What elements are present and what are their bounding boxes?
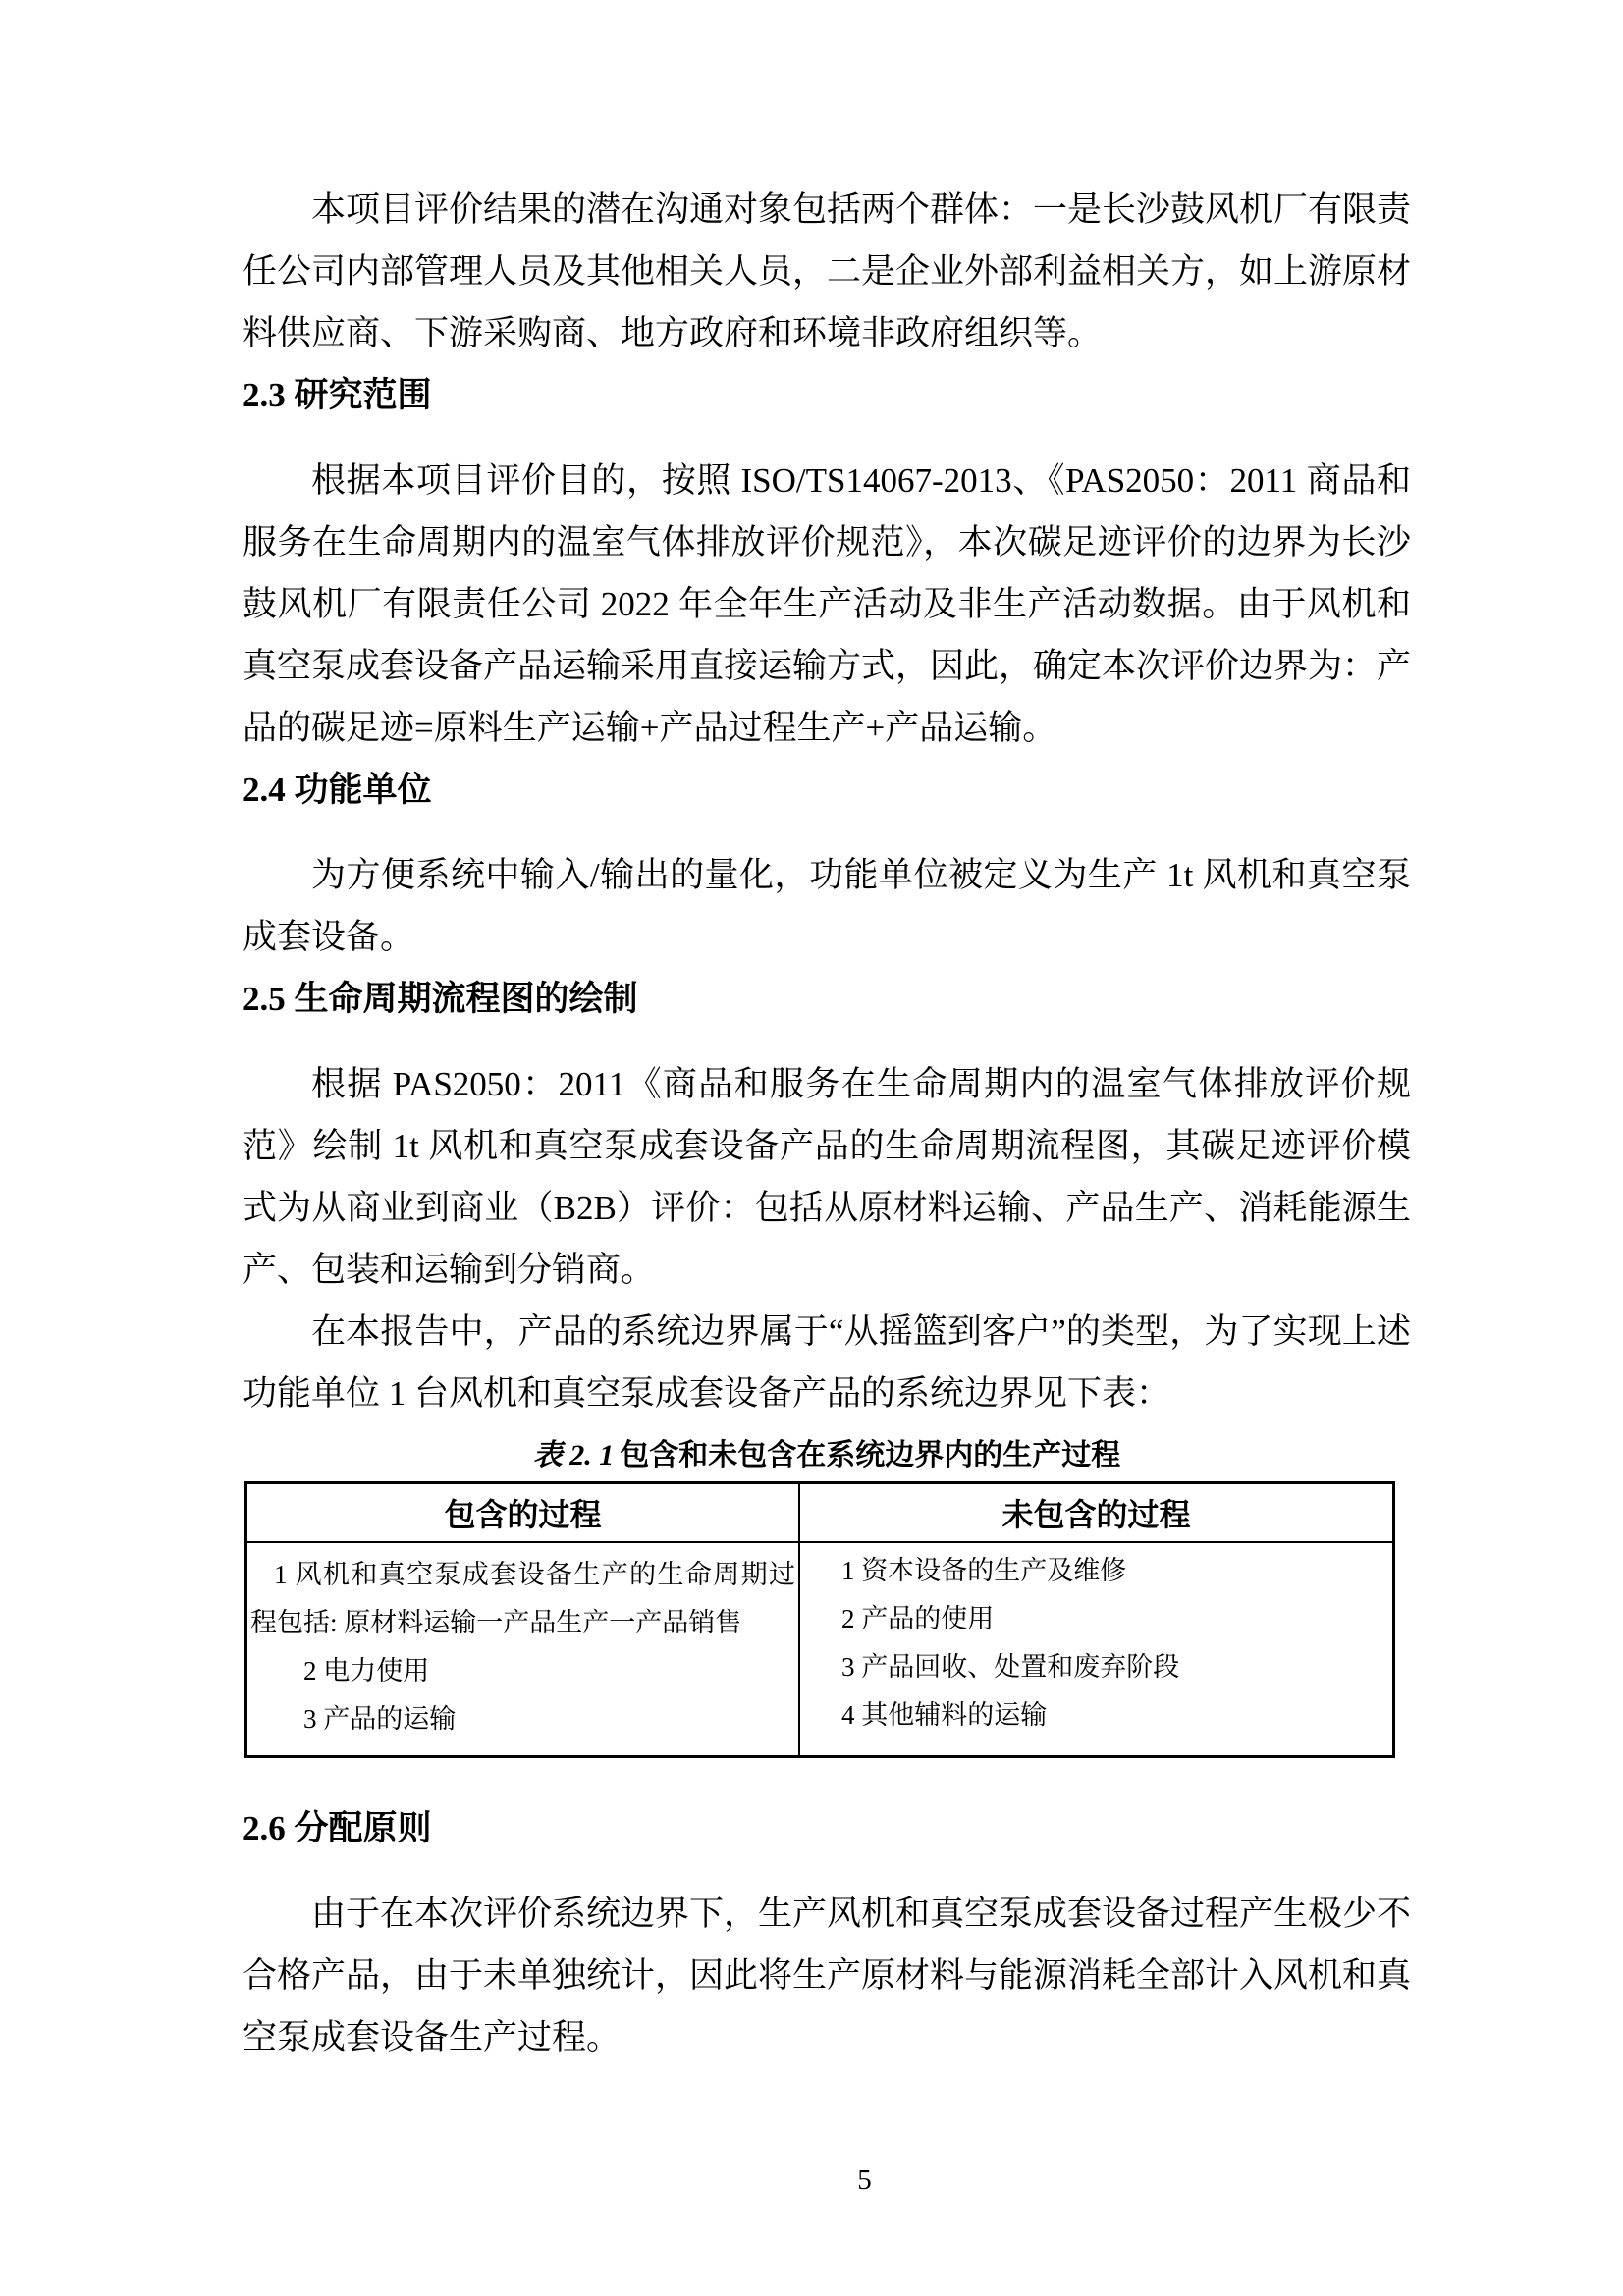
paragraph-lifecycle-b: 在本报告中，产品的系统边界属于“从摇篮到客户”的类型，为了实现上述功能单位 1 …: [243, 1301, 1411, 1424]
excluded-item: 2 产品的使用: [841, 1595, 1384, 1643]
table-cell-excluded: 1 资本设备的生产及维修 2 产品的使用 3 产品回收、处置和废弃阶段 4 其他…: [799, 1542, 1394, 1757]
excluded-item: 1 资本设备的生产及维修: [841, 1547, 1384, 1595]
section-heading-2-3: 2.3 研究范围: [243, 364, 1411, 426]
included-item: 3 产品的运输: [250, 1695, 795, 1743]
paragraph-scope: 根据本项目评价目的，按照 ISO/TS14067-2013、《PAS2050：2…: [243, 450, 1411, 759]
paragraph-allocation: 由于在本次评价系统边界下，生产风机和真空泵成套设备过程产生极少不合格产品，由于未…: [243, 1883, 1411, 2068]
table-caption-title: 包含和未包含在系统边界内的生产过程: [620, 1439, 1120, 1471]
table-header-included: 包含的过程: [246, 1483, 799, 1543]
section-heading-2-6: 2.6 分配原则: [243, 1797, 1411, 1859]
section-heading-2-4: 2.4 功能单位: [243, 759, 1411, 821]
paragraph-lifecycle-a: 根据 PAS2050：2011《商品和服务在生命周期内的温室气体排放评价规范》绘…: [243, 1053, 1411, 1301]
paragraph-intro: 本项目评价结果的潜在沟通对象包括两个群体：一是长沙鼓风机厂有限责任公司内部管理人…: [243, 179, 1411, 364]
included-item: 2 电力使用: [250, 1647, 795, 1695]
table-header-excluded: 未包含的过程: [799, 1483, 1394, 1543]
document-page: 本项目评价结果的潜在沟通对象包括两个群体：一是长沙鼓风机厂有限责任公司内部管理人…: [0, 0, 1623, 2296]
system-boundary-table: 包含的过程 未包含的过程 1 风机和真空泵成套设备生产的生命周期过程包括: 原材…: [244, 1481, 1395, 1758]
included-item: 1 风机和真空泵成套设备生产的生命周期过程包括: 原材料运输一产品生产一产品销售: [250, 1551, 795, 1647]
table-body-row: 1 风机和真空泵成套设备生产的生命周期过程包括: 原材料运输一产品生产一产品销售…: [246, 1542, 1394, 1757]
table-caption-number: 表 2. 1: [533, 1439, 615, 1471]
paragraph-functional-unit: 为方便系统中输入/输出的量化，功能单位被定义为生产 1t 风机和真空泵成套设备。: [243, 844, 1411, 968]
document-content: 本项目评价结果的潜在沟通对象包括两个群体：一是长沙鼓风机厂有限责任公司内部管理人…: [243, 179, 1411, 2068]
excluded-item: 4 其他辅料的运输: [841, 1691, 1384, 1739]
table-caption: 表 2. 1包含和未包含在系统边界内的生产过程: [243, 1434, 1411, 1477]
section-heading-2-5: 2.5 生命周期流程图的绘制: [243, 968, 1411, 1030]
page-number: 5: [53, 2163, 1623, 2198]
table-cell-included: 1 风机和真空泵成套设备生产的生命周期过程包括: 原材料运输一产品生产一产品销售…: [246, 1542, 799, 1757]
excluded-item: 3 产品回收、处置和废弃阶段: [841, 1643, 1384, 1691]
table-header-row: 包含的过程 未包含的过程: [246, 1483, 1394, 1543]
